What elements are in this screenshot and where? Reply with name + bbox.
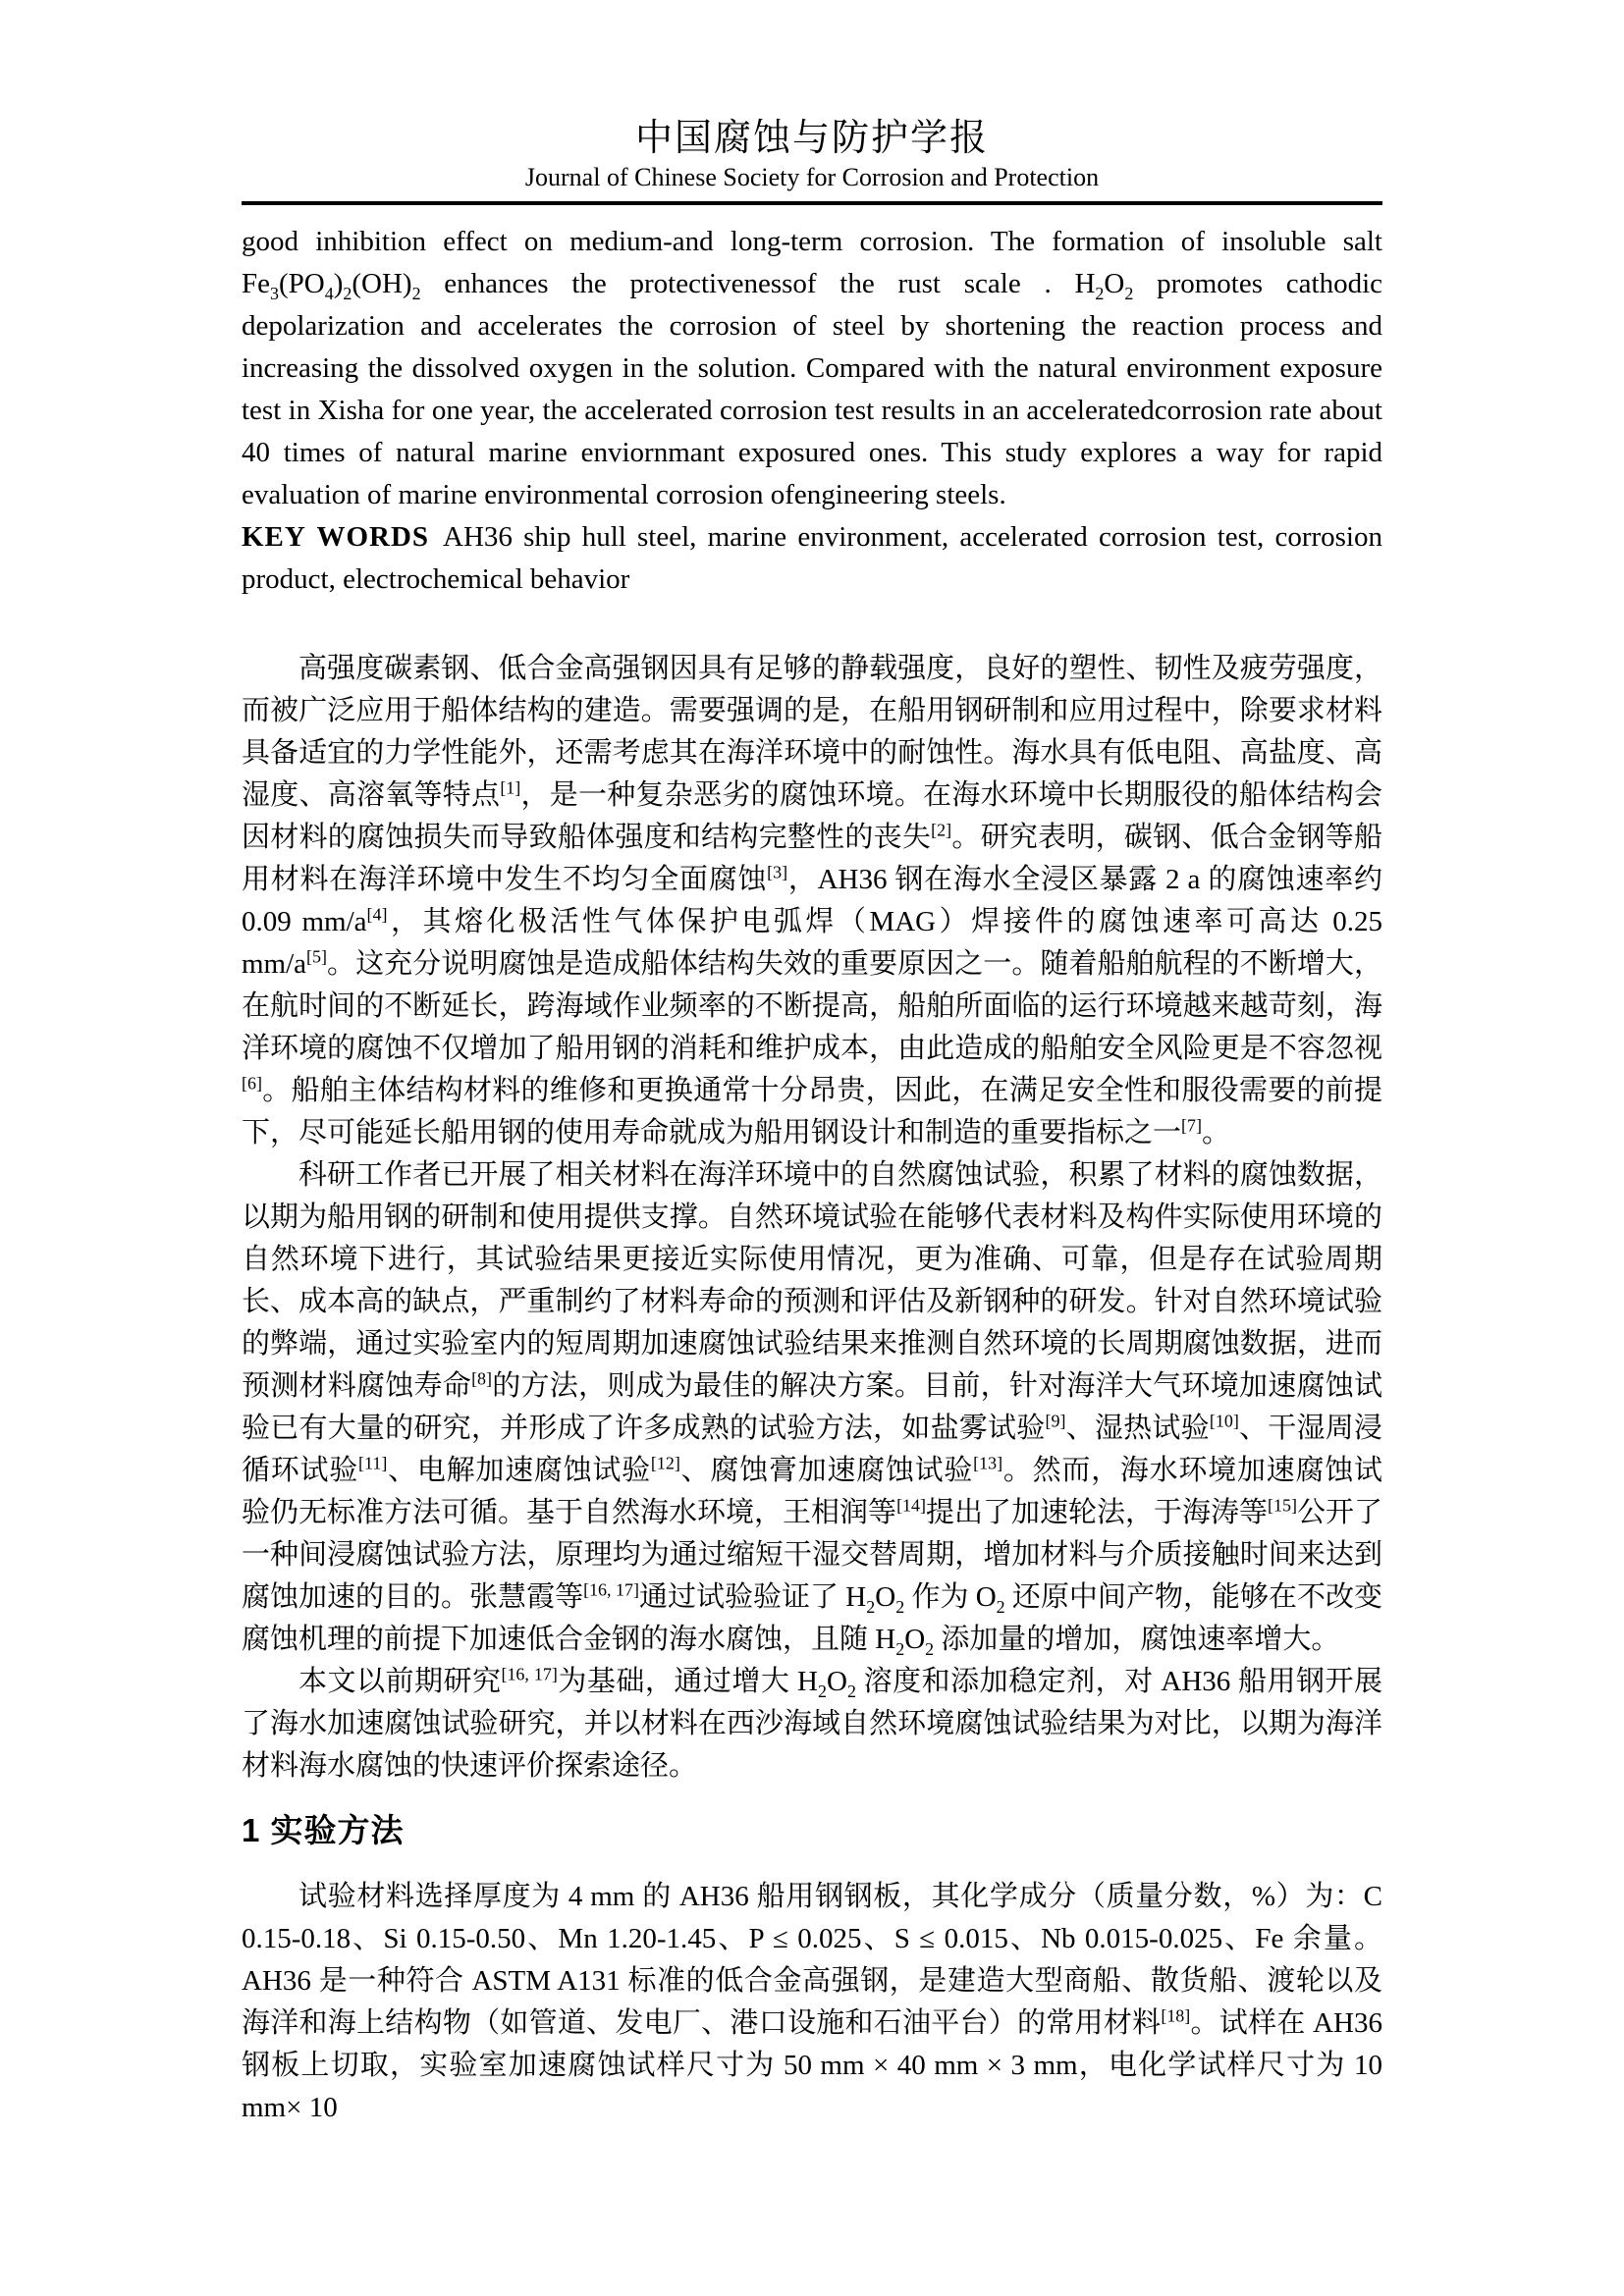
journal-title-chinese: 中国腐蚀与防护学报: [242, 116, 1382, 161]
journal-title-english: Journal of Chinese Society for Corrosion…: [242, 161, 1382, 194]
header-divider-rule: [242, 201, 1382, 205]
keywords-paragraph: KEY WORDSAH36 ship hull steel, marine en…: [242, 516, 1382, 601]
section-heading-experimental-method: 1 实验方法: [242, 1811, 1382, 1850]
intro-paragraph-3: 本文以前期研究[16, 17]为基础，通过增大 H2O2 溶度和添加稳定剂，对 …: [242, 1661, 1382, 1788]
intro-paragraph-1: 高强度碳素钢、低合金高强钢因具有足够的静载强度，良好的塑性、韧性及疲劳强度，而被…: [242, 648, 1382, 1154]
abstract-continuation-paragraph: good inhibition effect on medium-and lon…: [242, 221, 1382, 516]
keywords-label: KEY WORDS: [242, 521, 429, 553]
page-content: 中国腐蚀与防护学报 Journal of Chinese Society for…: [0, 116, 1624, 2129]
methods-paragraph-1: 试验材料选择厚度为 4 mm 的 AH36 船用钢钢板，其化学成分（质量分数，%…: [242, 1876, 1382, 2129]
journal-header: 中国腐蚀与防护学报 Journal of Chinese Society for…: [242, 116, 1382, 205]
journal-page: 中国腐蚀与防护学报 Journal of Chinese Society for…: [0, 0, 1624, 2296]
intro-paragraph-2: 科研工作者已开展了相关材料在海洋环境中的自然腐蚀试验，积累了材料的腐蚀数据，以期…: [242, 1154, 1382, 1661]
introduction-section: 高强度碳素钢、低合金高强钢因具有足够的静载强度，良好的塑性、韧性及疲劳强度，而被…: [242, 648, 1382, 1788]
